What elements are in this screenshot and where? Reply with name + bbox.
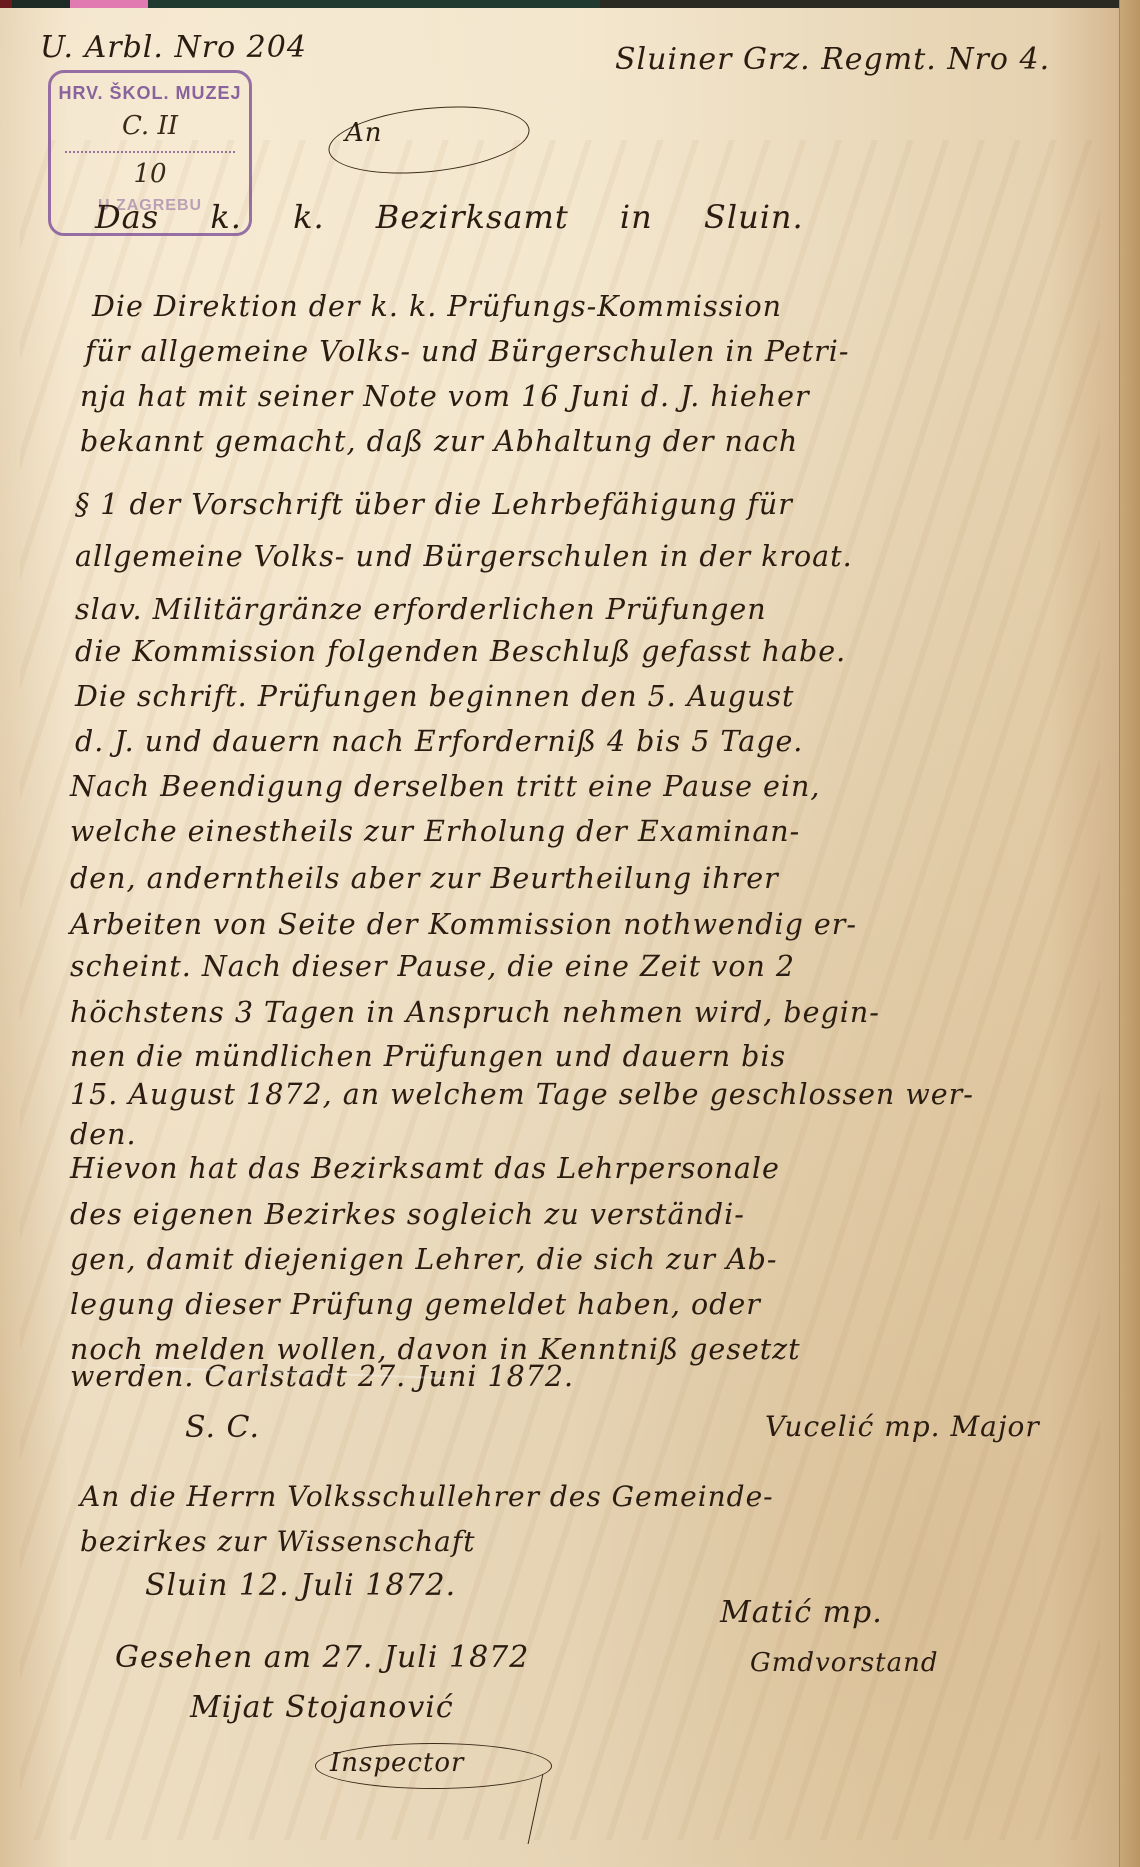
body-line: für allgemeine Volks- und Bürgerschulen … (85, 335, 850, 368)
forward-date: Sluin 12. Juli 1872. (145, 1568, 456, 1603)
reference-number-left: U. Arbl. Nro 204 (40, 30, 307, 65)
body-line: Die schrift. Prüfungen beginnen den 5. A… (75, 680, 794, 713)
signature-vucelic: Vucelić mp. Major (765, 1410, 1040, 1443)
page-edge (1119, 0, 1140, 1867)
salutation: An (345, 118, 383, 148)
inspector-name: Mijat Stojanović (190, 1690, 454, 1725)
body-line: scheint. Nach dieser Pause, die eine Zei… (70, 950, 795, 983)
body-line: § 1 der Vorschrift über die Lehrbefähigu… (75, 488, 793, 521)
addressee: Das k. k. Bezirksamt in Sluin. (95, 198, 804, 236)
body-line: Nach Beendigung derselben tritt eine Pau… (70, 770, 820, 803)
stamp-museum-name: HRV. ŠKOL. MUZEJ (51, 83, 249, 104)
body-line: den. (70, 1118, 137, 1151)
forward-line: bezirkes zur Wissenschaft (80, 1525, 475, 1558)
body-line: Hievon hat das Bezirksamt das Lehrperson… (70, 1152, 780, 1185)
body-line: 15. August 1872, an welchem Tage selbe g… (70, 1078, 974, 1111)
body-line: allgemeine Volks- und Bürgerschulen in d… (75, 540, 853, 573)
body-line: Die Direktion der k. k. Prüfungs-Kommiss… (92, 290, 782, 323)
body-line-with-date: werden. Carlstadt 27. Juni 1872. (70, 1360, 574, 1393)
body-line: nja hat mit seiner Note vom 16 Juni d. J… (80, 380, 810, 413)
body-line: slav. Militärgränze erforderlichen Prüfu… (75, 593, 767, 626)
signature-matic: Matić mp. (720, 1595, 883, 1630)
body-line: den, anderntheils aber zur Beurtheilung … (70, 862, 779, 895)
reference-number-right: Sluiner Grz. Regmt. Nro 4. (615, 42, 1050, 77)
body-line: gen, damit diejenigen Lehrer, die sich z… (70, 1243, 778, 1276)
body-line: nen die mündlichen Prüfungen und dauern … (70, 1040, 786, 1073)
body-line: des eigenen Bezirkes sogleich zu verstän… (70, 1198, 745, 1231)
body-line: welche einestheils zur Erholung der Exam… (70, 815, 800, 848)
body-line: Arbeiten von Seite der Kommission nothwe… (70, 908, 857, 941)
stamp-divider (65, 151, 235, 153)
inspector-title: Inspector (330, 1748, 464, 1778)
body-line: legung dieser Prüfung gemeldet haben, od… (70, 1288, 761, 1321)
manuscript-page: U. Arbl. Nro 204 Sluiner Grz. Regmt. Nro… (0, 0, 1140, 1867)
forward-line: An die Herrn Volksschullehrer des Gemein… (80, 1480, 774, 1513)
binding-edge (0, 0, 1140, 8)
body-line: höchstens 3 Tagen in Anspruch nehmen wir… (70, 996, 880, 1029)
seen-note: Gesehen am 27. Juli 1872 (115, 1640, 529, 1675)
body-line: die Kommission folgenden Beschluß gefass… (75, 635, 846, 668)
stamp-number: 10 (51, 159, 249, 189)
body-line: d. J. und dauern nach Erforderniß 4 bis … (75, 725, 803, 758)
sc-mark: S. C. (185, 1410, 260, 1445)
signature-tail (528, 1774, 574, 1844)
stamp-class: C. II (51, 111, 249, 141)
body-line: bekannt gemacht, daß zur Abhaltung der n… (80, 425, 798, 458)
signature-matic-title: Gmdvorstand (750, 1648, 939, 1678)
